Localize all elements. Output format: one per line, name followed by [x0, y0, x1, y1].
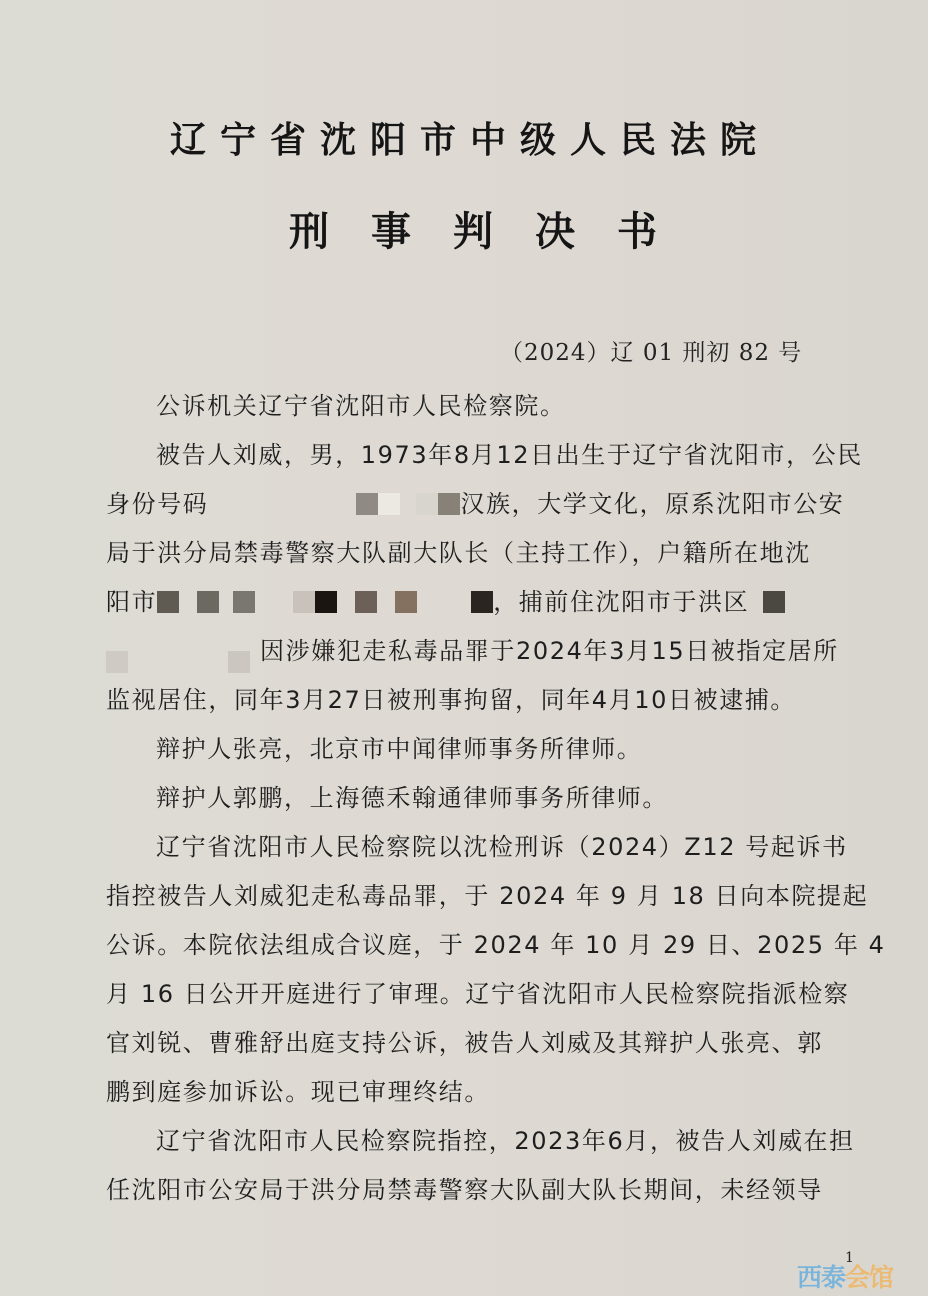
text-fragment: 因涉嫌犯走私毒品罪于2024年3月15日被指定居所: [260, 637, 839, 665]
paragraph-procedure: 辽宁省沈阳市人民检察院以沈检刑诉（2024）Z12 号起诉书 指控被告人刘威犯走…: [106, 823, 854, 1117]
redaction-block: [315, 591, 337, 613]
text-line: 任沈阳市公安局于洪分局禁毒警察大队副大队长期间，未经领导: [106, 1166, 854, 1215]
text-line: 公诉。本院依法组成合议庭，于 2024 年 10 月 29 日、2025 年 4: [106, 921, 854, 970]
text-line: 辩护人张亮，北京市中闻律师事务所律师。: [106, 725, 854, 774]
redaction-block: [355, 591, 377, 613]
paragraph-defendant: 被告人刘威，男，1973年8月12日出生于辽宁省沈阳市，公民 身份号码汉族，大学…: [106, 431, 854, 725]
redaction-block: [416, 493, 438, 515]
redaction-block: [378, 493, 400, 515]
text-line-id: 身份号码汉族，大学文化，原系沈阳市公安: [106, 480, 854, 529]
redaction-block: [763, 591, 785, 613]
text-line-address: 阳市，捕前住沈阳市于洪区: [106, 578, 854, 627]
judgment-body: 公诉机关辽宁省沈阳市人民检察院。 被告人刘威，男，1973年8月12日出生于辽宁…: [106, 382, 854, 1215]
text-line: 辽宁省沈阳市人民检察院指控，2023年6月，被告人刘威在担: [106, 1117, 854, 1166]
redaction-block: [228, 651, 250, 673]
redaction-block: [356, 493, 378, 515]
case-number: （2024）辽 01 刑初 82 号: [500, 334, 802, 367]
text-line: 鹏到庭参加诉讼。现已审理终结。: [106, 1068, 854, 1117]
text-line: 局于洪分局禁毒警察大队副大队长（主持工作），户籍所在地沈: [106, 529, 854, 578]
text-fragment: 汉族，大学文化，原系沈阳市公安: [460, 490, 844, 518]
paragraph-prosecutor: 公诉机关辽宁省沈阳市人民检察院。: [106, 382, 854, 431]
text-line: 公诉机关辽宁省沈阳市人民检察院。: [106, 382, 854, 431]
text-line: 月 16 日公开开庭进行了审理。辽宁省沈阳市人民检察院指派检察: [106, 970, 854, 1019]
redaction-block: [471, 591, 493, 613]
text-line: 辩护人郭鹏，上海德禾翰通律师事务所律师。: [106, 774, 854, 823]
paragraph-charges: 辽宁省沈阳市人民检察院指控，2023年6月，被告人刘威在担 任沈阳市公安局于洪分…: [106, 1117, 854, 1215]
watermark-logo: 西泰会馆: [797, 1258, 893, 1294]
document-type-title: 刑事判决书: [0, 200, 928, 257]
text-fragment: 身份号码: [106, 490, 208, 518]
redaction-block: [395, 591, 417, 613]
redaction-block: [438, 493, 460, 515]
text-fragment: ，捕前住沈阳市于洪区: [493, 588, 749, 616]
redaction-block: [197, 591, 219, 613]
paragraph-defender-1: 辩护人张亮，北京市中闻律师事务所律师。: [106, 725, 854, 774]
redaction-block: [106, 651, 128, 673]
watermark-part-2: 会馆: [845, 1263, 893, 1292]
text-line: 指控被告人刘威犯走私毒品罪，于 2024 年 9 月 18 日向本院提起: [106, 872, 854, 921]
redaction-block: [157, 591, 179, 613]
redaction-block: [233, 591, 255, 613]
text-line: 官刘锐、曹雅舒出庭支持公诉，被告人刘威及其辩护人张亮、郭: [106, 1019, 854, 1068]
judgment-page: 辽宁省沈阳市中级人民法院 刑事判决书 （2024）辽 01 刑初 82 号 公诉…: [0, 0, 928, 1296]
paragraph-defender-2: 辩护人郭鹏，上海德禾翰通律师事务所律师。: [106, 774, 854, 823]
text-fragment: 阳市: [106, 588, 157, 616]
text-line: 被告人刘威，男，1973年8月12日出生于辽宁省沈阳市，公民: [106, 431, 854, 480]
watermark-part-1: 西泰: [797, 1263, 845, 1292]
text-line: 监视居住，同年3月27日被刑事拘留，同年4月10日被逮捕。: [106, 676, 854, 725]
redaction-block: [293, 591, 315, 613]
court-name: 辽宁省沈阳市中级人民法院: [0, 112, 928, 163]
text-line-detention: 因涉嫌犯走私毒品罪于2024年3月15日被指定居所: [106, 627, 854, 676]
text-line: 辽宁省沈阳市人民检察院以沈检刑诉（2024）Z12 号起诉书: [106, 823, 854, 872]
